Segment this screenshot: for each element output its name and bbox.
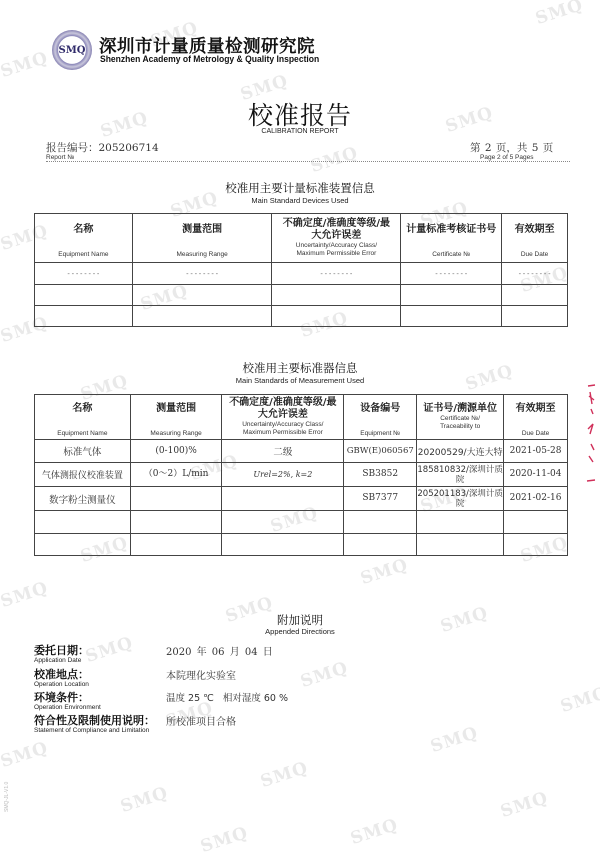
operation-location-label-en: Operation Location — [34, 681, 89, 688]
table-cell — [132, 306, 272, 327]
table-row — [35, 306, 568, 327]
compliance-statement-label-en: Statement of Compliance and Limitation — [34, 727, 149, 734]
watermark: SMQ — [348, 815, 401, 849]
application-date-label-en: Application Date — [34, 657, 81, 664]
table-cell — [35, 285, 133, 306]
table-cell — [130, 511, 222, 534]
table-cell — [130, 487, 222, 511]
operation-environment-label: 环境条件： — [34, 689, 89, 705]
table-cell — [222, 511, 344, 534]
watermark: SMQ — [358, 555, 411, 589]
column-header: 测量范围Measuring Range — [130, 395, 222, 440]
watermark: SMQ — [308, 143, 361, 177]
table-cell: (0-100)% — [130, 440, 222, 463]
table-cell: -------- — [132, 263, 272, 285]
table-cell: -------- — [35, 263, 133, 285]
report-number: 报告编号：205206714 — [46, 140, 159, 155]
logo-text: SMQ — [58, 45, 85, 56]
compliance-statement-value: 所校准项目合格 — [166, 713, 236, 728]
table-cell — [222, 487, 344, 511]
column-header: 证书号/溯源单位Certificate №/ Traceability to — [417, 395, 504, 440]
table-cell: -------- — [401, 263, 502, 285]
table-cell: SB3852 — [344, 463, 417, 487]
table-cell — [272, 285, 401, 306]
devices-table: 名称Equipment Name 测量范围Measuring Range 不确定… — [34, 213, 568, 327]
standards-section-title-en: Main Standards of Measurement Used — [0, 376, 600, 385]
table-cell: GBW(E)060567 — [344, 440, 417, 463]
column-header: 不确定度/准确度等级/最大允许误差Uncertainty/Accuracy Cl… — [222, 395, 344, 440]
table-cell — [35, 511, 131, 534]
standards-section-title-cn: 校准用主要标准器信息 — [0, 360, 600, 376]
form-code: SMQ-JL-V1.0 — [4, 782, 10, 812]
compliance-statement-label: 符合性及限制使用说明： — [34, 712, 155, 728]
table-row: -------- -------- -------- -------- ----… — [35, 263, 568, 285]
table-cell: -------- — [502, 263, 568, 285]
operation-location-label: 校准地点： — [34, 666, 89, 682]
table-cell: 2021-02-16 — [504, 487, 568, 511]
table-cell: Urel=2%, k=2 — [222, 463, 344, 487]
application-date-value: 2020 年 06 月 04 日 — [166, 643, 273, 658]
table-cell: 标准气体 — [35, 440, 131, 463]
table-cell: 205201183/深圳计质院 — [417, 487, 504, 511]
operation-environment-label-en: Operation Environment — [34, 704, 101, 711]
column-header: 有效期至Due Date — [502, 214, 568, 263]
column-header: 设备编号Equipment № — [344, 395, 417, 440]
column-header: 测量范围Measuring Range — [132, 214, 272, 263]
column-header: 有效期至Due Date — [504, 395, 568, 440]
table-cell — [130, 534, 222, 556]
table-cell: 数字粉尘测量仪 — [35, 487, 131, 511]
table-cell: 20200529/大连大特 — [417, 440, 504, 463]
table-cell: 185810832/深圳计质院 — [417, 463, 504, 487]
table-cell — [344, 534, 417, 556]
page-indicator-cn: 第 2 页，共 5 页 — [470, 140, 553, 155]
table-cell — [344, 511, 417, 534]
watermark: SMQ — [428, 723, 481, 757]
org-name-en: Shenzhen Academy of Metrology & Quality … — [100, 54, 319, 64]
column-header: 名称Equipment Name — [35, 214, 133, 263]
table-cell — [35, 306, 133, 327]
table-header-row: 名称Equipment Name 测量范围Measuring Range 不确定… — [35, 214, 568, 263]
table-row: 标准气体 (0-100)% 二级 GBW(E)060567 20200529/大… — [35, 440, 568, 463]
table-cell — [502, 285, 568, 306]
watermark: SMQ — [258, 758, 311, 792]
devices-section-title-cn: 校准用主要计量标准装置信息 — [0, 180, 600, 196]
table-row: 气体测报仪校准装置 （0～2）L/min Urel=2%, k=2 SB3852… — [35, 463, 568, 487]
table-cell: 2021-05-28 — [504, 440, 568, 463]
devices-section-title-en: Main Standard Devices Used — [0, 196, 600, 205]
table-row — [35, 534, 568, 556]
operation-environment-value: 温度 25 ℃ 相对湿度 60 % — [166, 690, 288, 704]
standards-table: 名称Equipment Name 测量范围Measuring Range 不确定… — [34, 394, 568, 556]
report-title-cn: 校准报告 — [0, 96, 600, 132]
table-row — [35, 285, 568, 306]
watermark: SMQ — [198, 823, 251, 856]
table-cell — [222, 534, 344, 556]
institute-logo: SMQ — [52, 30, 92, 70]
table-cell — [35, 534, 131, 556]
table-cell — [504, 534, 568, 556]
table-cell — [417, 534, 504, 556]
table-cell — [401, 285, 502, 306]
watermark: SMQ — [298, 658, 351, 692]
seal-stamp-fragment — [586, 384, 596, 484]
table-cell — [502, 306, 568, 327]
table-cell — [504, 511, 568, 534]
table-cell: -------- — [272, 263, 401, 285]
table-row: 数字粉尘测量仪 SB7377 205201183/深圳计质院 2021-02-1… — [35, 487, 568, 511]
column-header: 计量标准考核证书号Certificate № — [401, 214, 502, 263]
appended-title-en: Appended Directions — [0, 627, 600, 636]
appended-title-cn: 附加说明 — [0, 612, 600, 628]
table-cell: SB7377 — [344, 487, 417, 511]
watermark: SMQ — [118, 783, 171, 817]
report-title-en: CALIBRATION REPORT — [0, 128, 600, 135]
operation-location-value: 本院理化实验室 — [166, 667, 236, 682]
table-cell: 气体测报仪校准装置 — [35, 463, 131, 487]
column-header: 不确定度/准确度等级/最大允许误差Uncertainty/Accuracy Cl… — [272, 214, 401, 263]
page-indicator-en: Page 2 of 5 Pages — [480, 154, 534, 161]
report-number-label-en: Report № — [46, 154, 74, 161]
table-row — [35, 511, 568, 534]
column-header: 名称Equipment Name — [35, 395, 131, 440]
table-cell — [132, 285, 272, 306]
watermark: SMQ — [0, 578, 51, 612]
watermark: SMQ — [498, 788, 551, 822]
watermark: SMQ — [558, 683, 600, 717]
table-cell: （0～2）L/min — [130, 463, 222, 487]
watermark: SMQ — [0, 48, 51, 82]
report-number-label: 报告编号： — [46, 142, 99, 154]
table-header-row: 名称Equipment Name 测量范围Measuring Range 不确定… — [35, 395, 568, 440]
watermark: SMQ — [0, 738, 51, 772]
report-number-value: 205206714 — [99, 142, 159, 154]
watermark: SMQ — [533, 0, 586, 29]
table-cell — [417, 511, 504, 534]
table-cell: 2020-11-04 — [504, 463, 568, 487]
table-cell: 二级 — [222, 440, 344, 463]
application-date-label: 委托日期： — [34, 642, 89, 658]
header-divider — [46, 161, 570, 162]
watermark: SMQ — [83, 633, 136, 667]
table-cell — [272, 306, 401, 327]
table-cell — [401, 306, 502, 327]
